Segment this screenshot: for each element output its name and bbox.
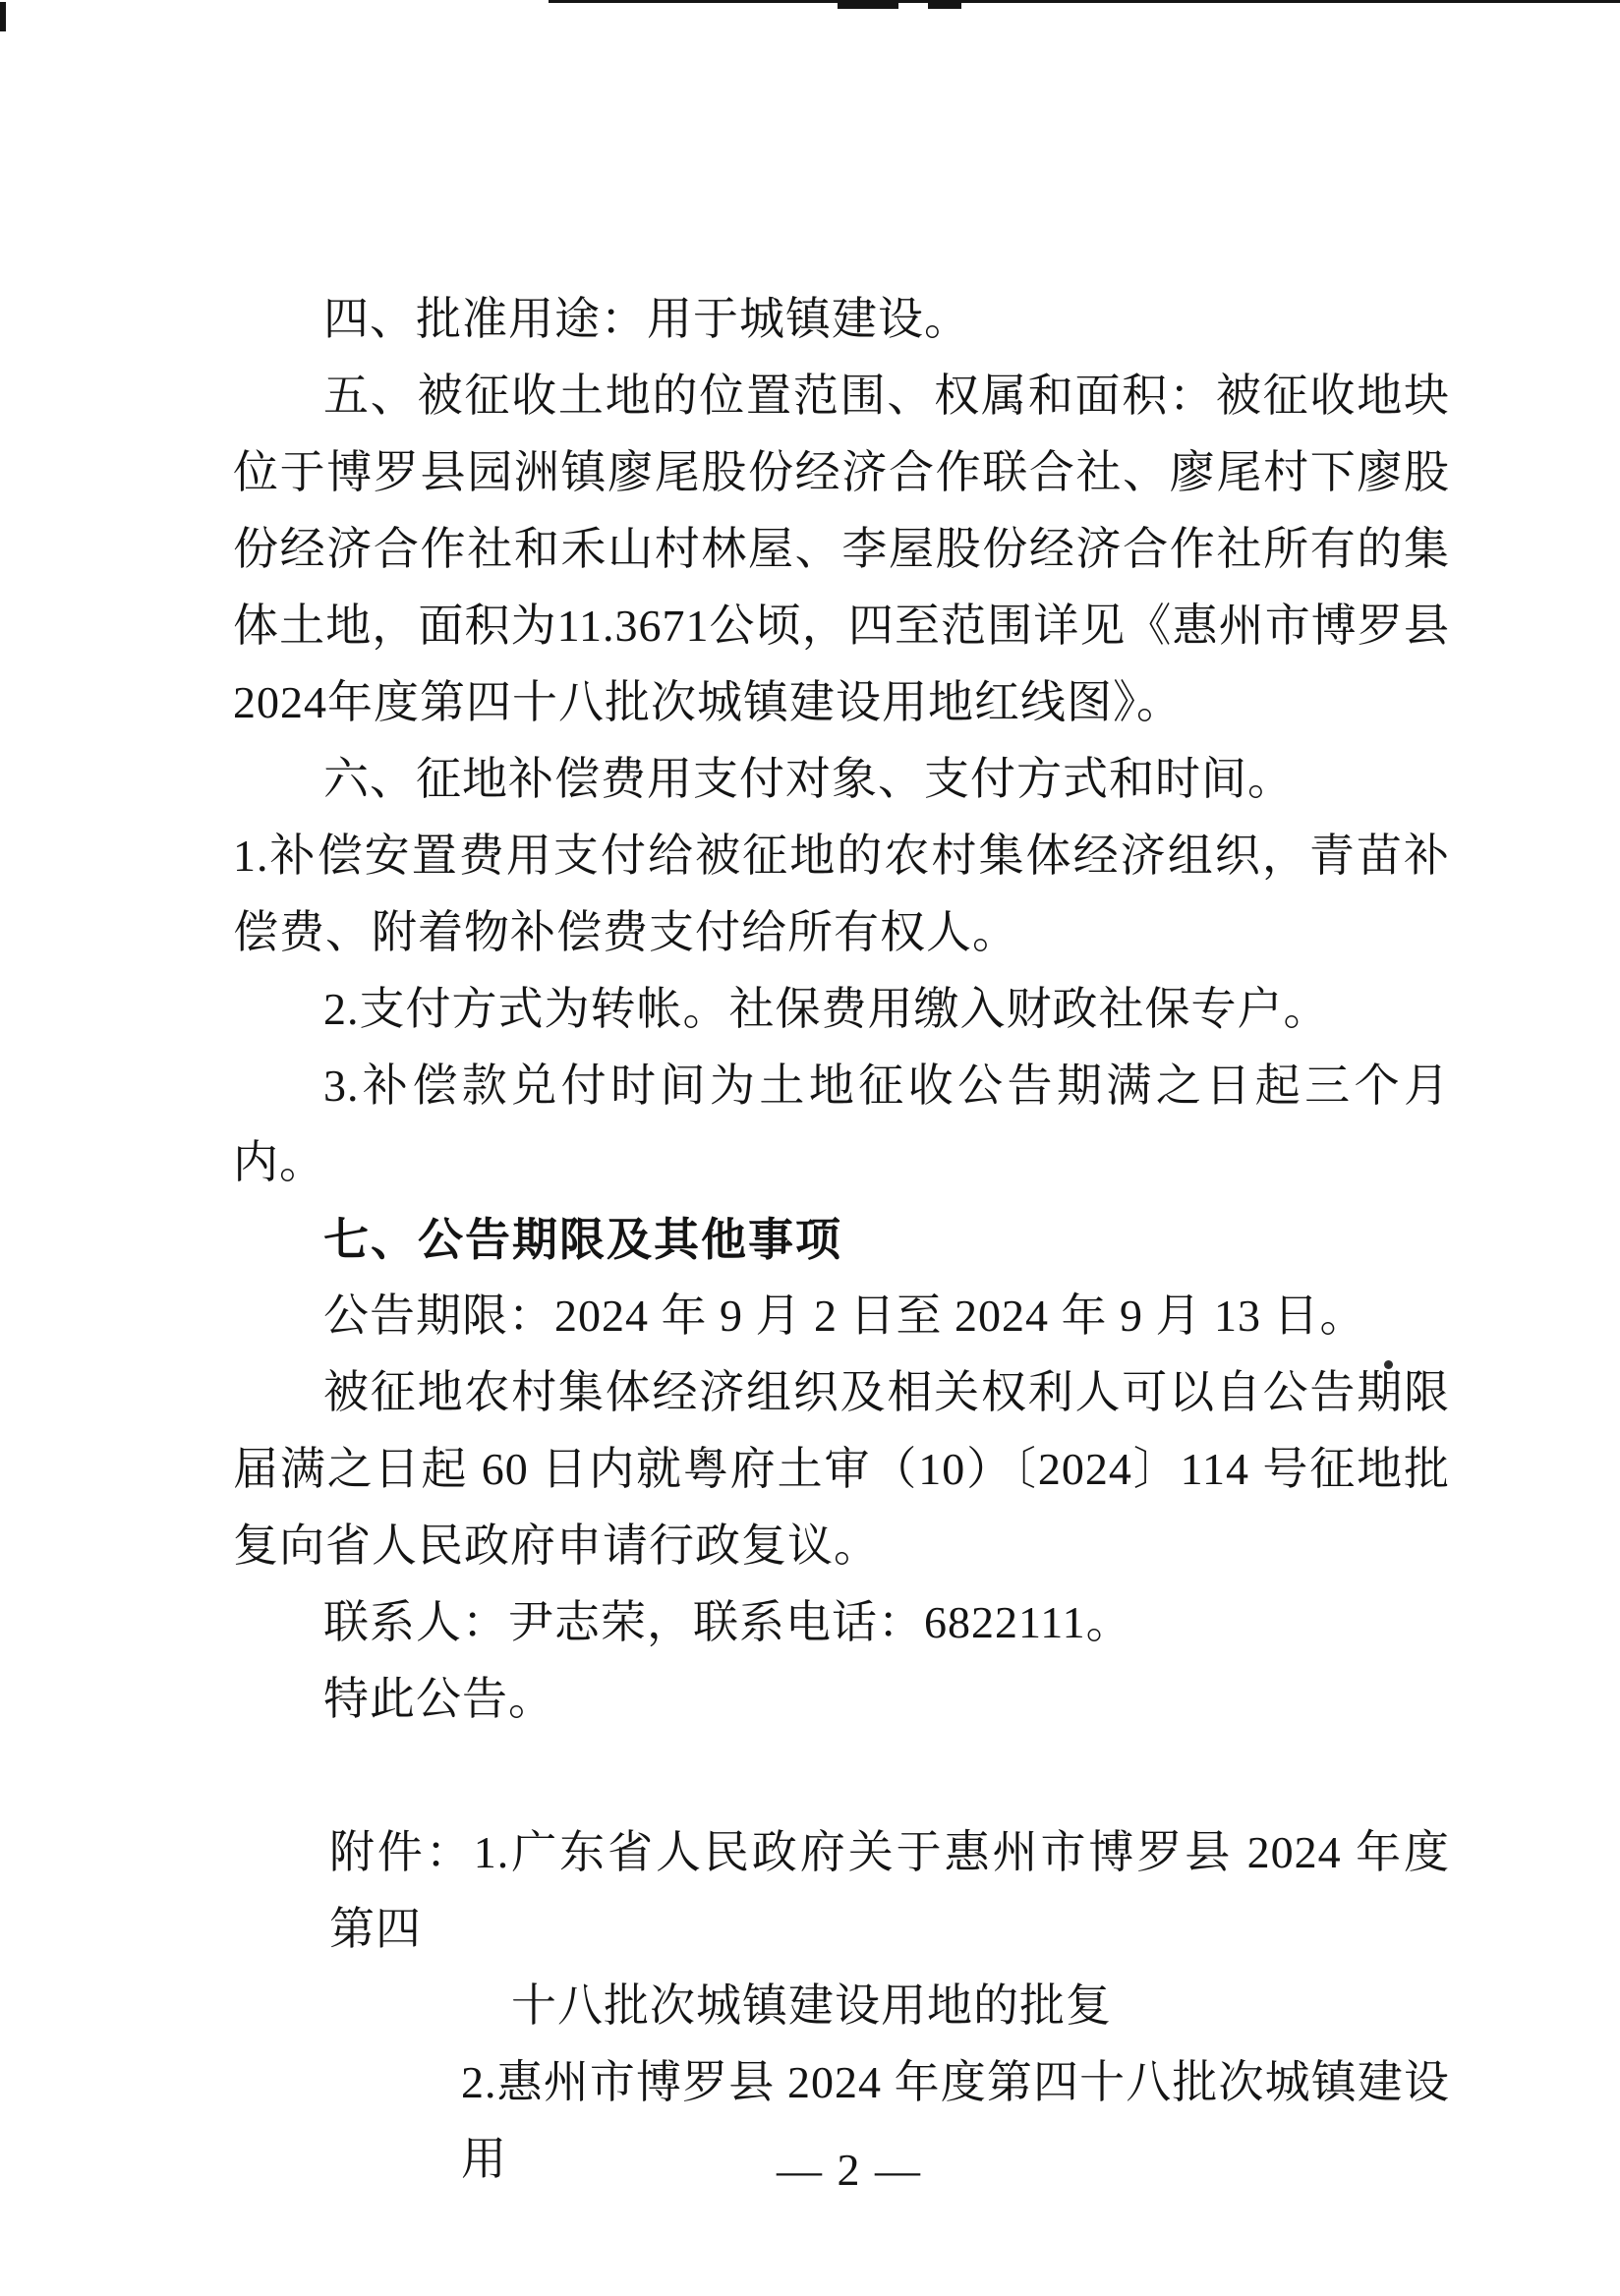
- attachment-item-1-line-2: 十八批次城镇建设用地的批复: [233, 1968, 1450, 2044]
- scan-artifact-top-left-bar: [0, 2, 6, 31]
- page-number: — 2 —: [79, 2141, 1620, 2200]
- attachment-label: 附件：: [329, 1827, 474, 1877]
- paragraph-item-3-payment-time: 3.补偿款兑付时间为土地征收公告期满之日起三个月内。: [233, 1048, 1450, 1201]
- scan-artifact-top-line: [549, 0, 1620, 3]
- scan-artifact-top-dash-1: [838, 3, 898, 9]
- paragraph-item-2-payment-method: 2.支付方式为转帐。社保费用缴入财政社保专户。: [233, 971, 1450, 1048]
- paragraph-contact-info: 联系人：尹志荣，联系电话：6822111。: [233, 1584, 1450, 1661]
- paragraph-approved-use: 四、批准用途：用于城镇建设。: [233, 281, 1450, 358]
- document-body: 四、批准用途：用于城镇建设。 五、被征收土地的位置范围、权属和面积：被征收地块位…: [233, 281, 1450, 2198]
- attachment-item-1-text: 1.广东省人民政府关于惠州市博罗县 2024 年度第四: [329, 1827, 1450, 1954]
- scan-artifact-top-dash-2: [928, 3, 961, 9]
- paragraph-hereby-announced: 特此公告。: [233, 1661, 1450, 1738]
- section-heading-notice-period: 七、公告期限及其他事项: [233, 1201, 1450, 1278]
- paragraph-administrative-review: 被征地农村集体经济组织及相关权利人可以自公告期限届满之日起 60 日内就粤府土审…: [233, 1354, 1450, 1584]
- attachment-item-1-line-1: 附件：1.广东省人民政府关于惠州市博罗县 2024 年度第四: [233, 1814, 1450, 1968]
- document-page: 四、批准用途：用于城镇建设。 五、被征收土地的位置范围、权属和面积：被征收地块位…: [0, 0, 1620, 2296]
- paragraph-item-1-resettlement-fee: 1.补偿安置费用支付给被征地的农村集体经济组织，青苗补偿费、附着物补偿费支付给所…: [233, 818, 1450, 971]
- paragraph-compensation-payment: 六、征地补偿费用支付对象、支付方式和时间。: [233, 741, 1450, 818]
- paragraph-land-location-area: 五、被征收土地的位置范围、权属和面积：被征收地块位于博罗县园洲镇廖尾股份经济合作…: [233, 358, 1450, 741]
- paragraph-notice-period-dates: 公告期限：2024 年 9 月 2 日至 2024 年 9 月 13 日。: [233, 1278, 1450, 1354]
